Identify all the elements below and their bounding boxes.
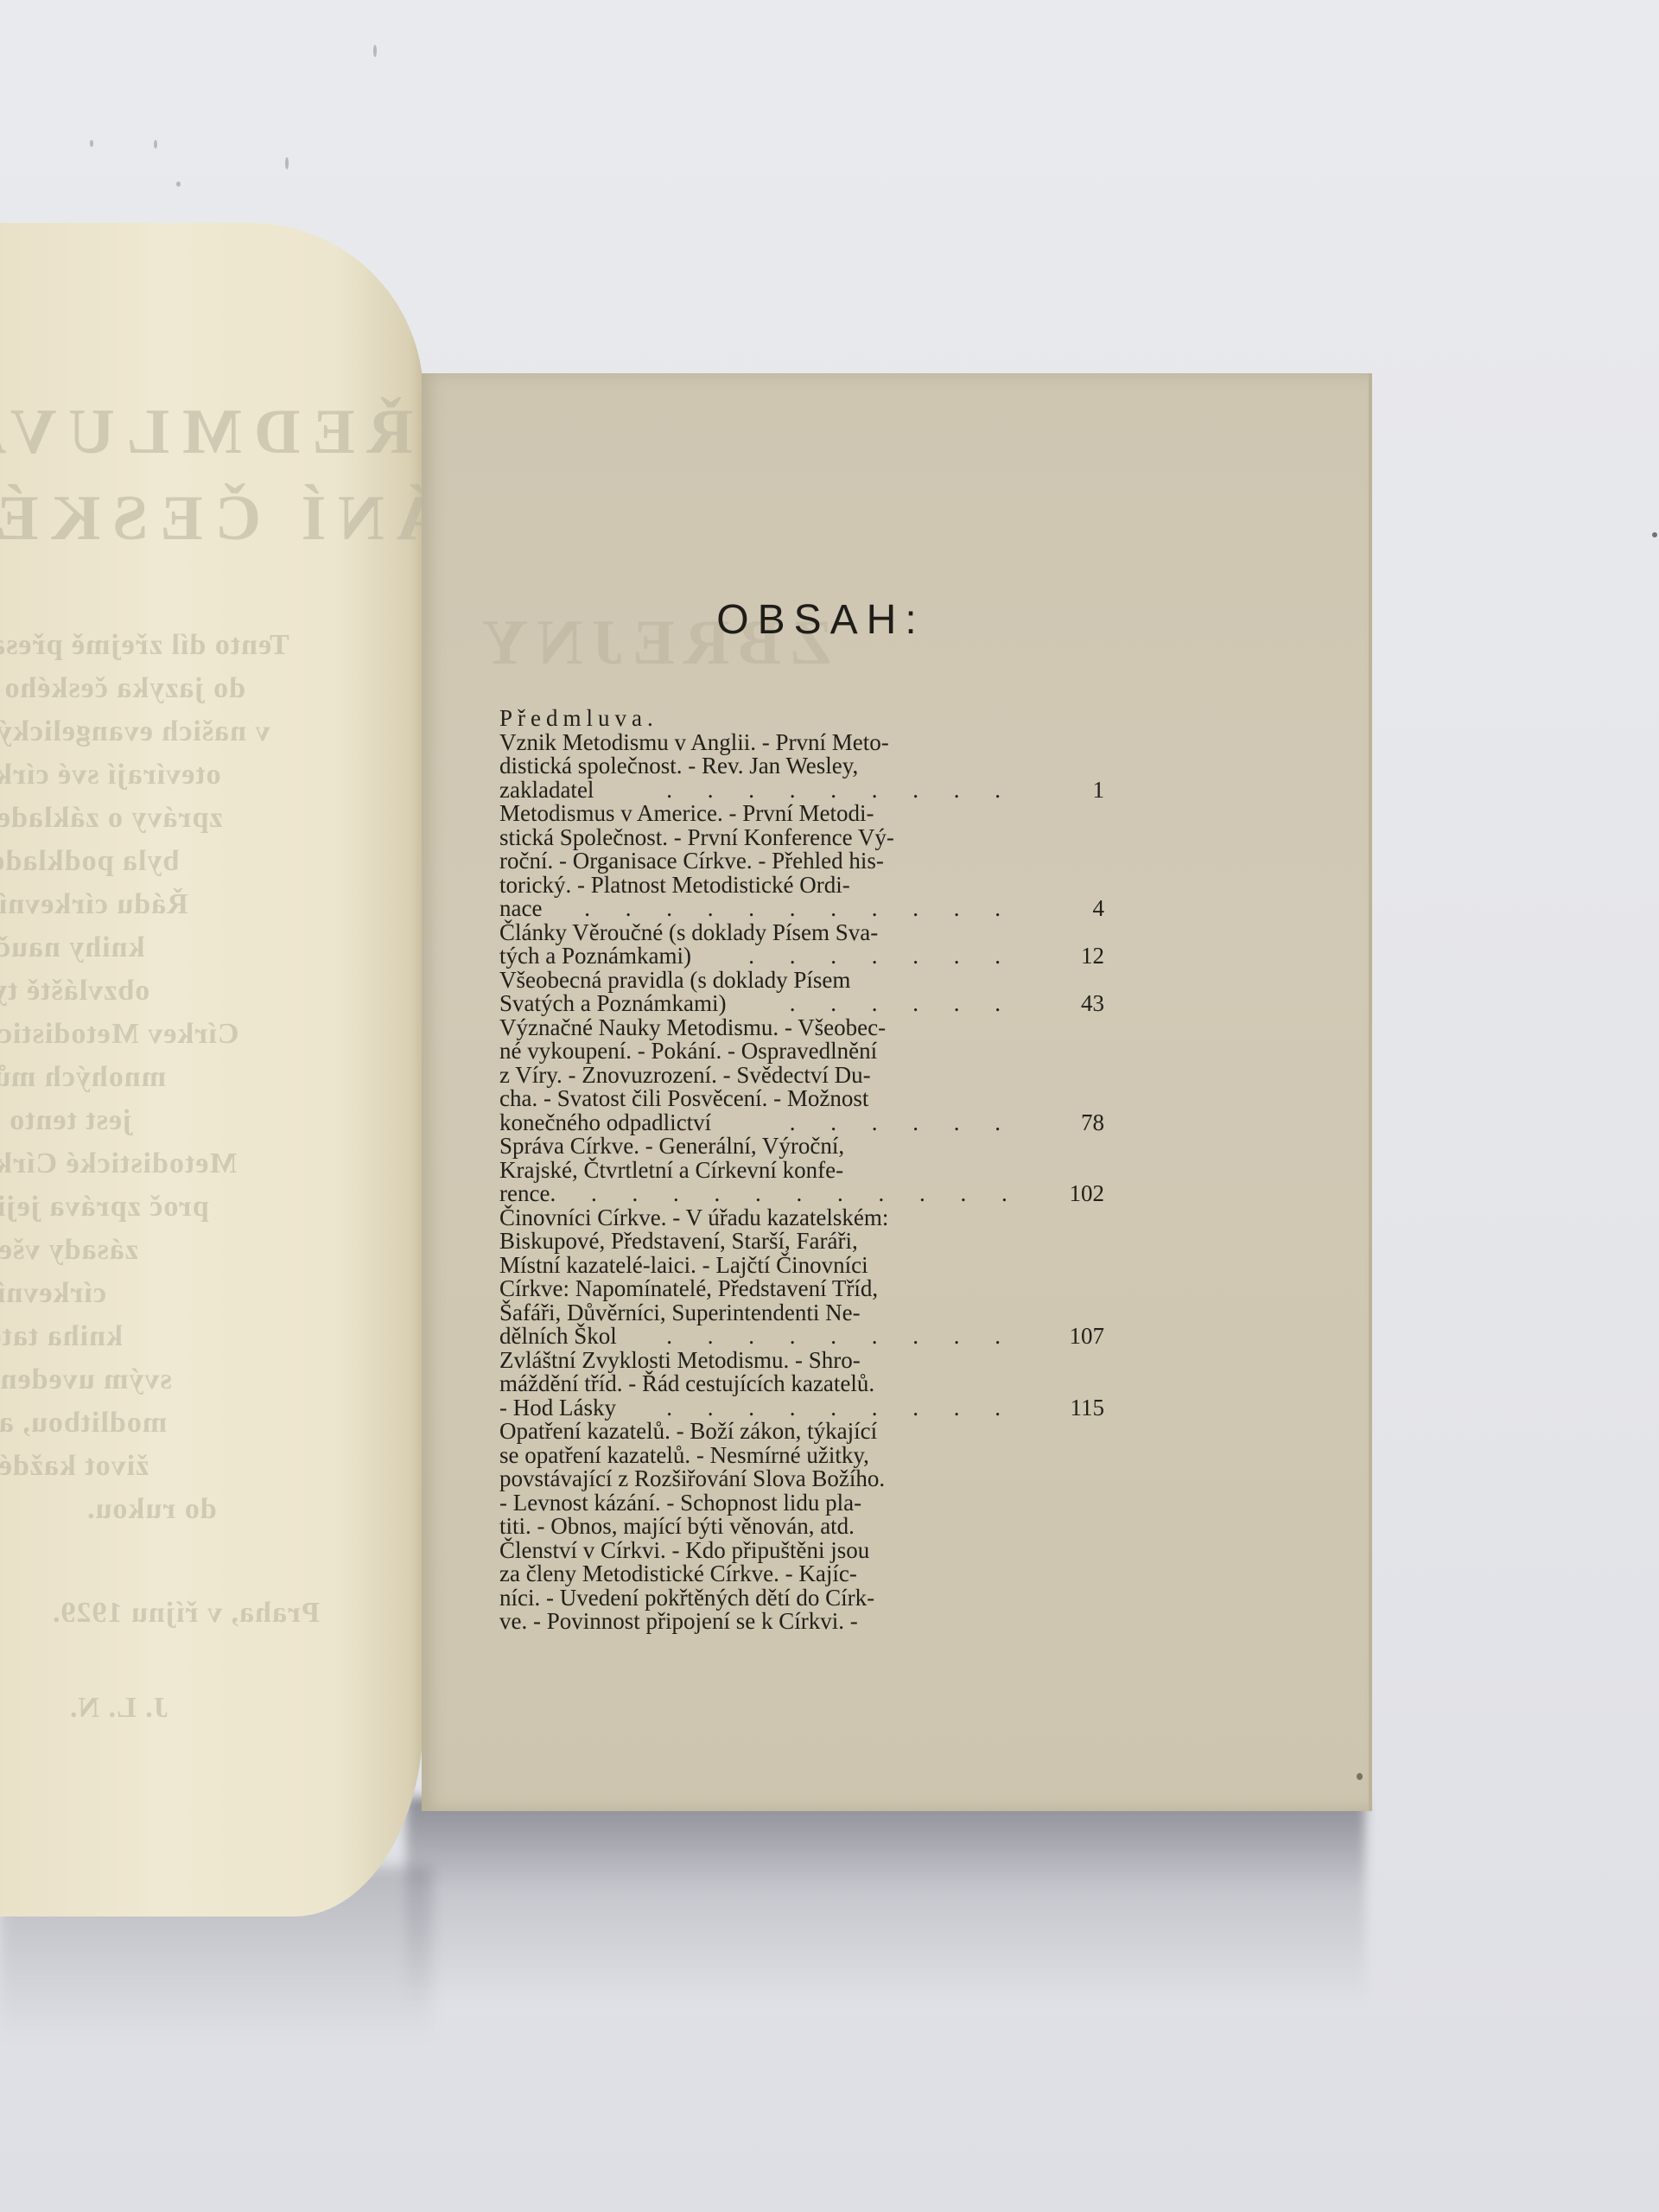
bleed-line: kniha tato s xyxy=(0,1320,123,1353)
bleed-line: svým uvedením xyxy=(0,1363,172,1396)
toc-entry-end: nace. . . . . . . . . . .4 xyxy=(499,897,1001,921)
page-number: 1 xyxy=(1035,779,1104,803)
bleed-line: obzvláště tyto xyxy=(0,975,149,1007)
toc-line: Biskupové, Představení, Starší, Faráři, xyxy=(499,1230,1001,1254)
paper-speck xyxy=(1357,1773,1363,1780)
bleed-line: Metodistické Církve xyxy=(0,1147,238,1180)
bleed-line: zásady všeho xyxy=(0,1234,138,1267)
bleed-date: Praha, v říjnu 1929. xyxy=(52,1597,320,1630)
bleed-line: byla podkladem xyxy=(0,845,179,878)
surface-speck xyxy=(154,140,157,149)
left-page: PŘEDMLUVA K VYDÁNÍ ČESKÉMU Tento díl zře… xyxy=(0,223,423,1916)
toc-entry-end: - Hod Lásky. . . . . . . . .115 xyxy=(499,1396,1001,1421)
surface-speck xyxy=(90,140,93,147)
bleed-line: modlitbou, aby xyxy=(0,1407,167,1440)
toc-line: Zvláštní Zvyklosti Metodismu. - Shro- xyxy=(499,1349,1001,1373)
page-title: OBSAH: xyxy=(346,596,1296,644)
leader-dots: . . . . . . . . . xyxy=(617,1325,1015,1349)
toc-entry-end: tých a Poznámkami). . . . . . .12 xyxy=(499,944,1001,969)
toc-line: níci. - Uvedení pokřtěných dětí do Círk- xyxy=(499,1586,1001,1611)
surface-speck xyxy=(373,45,377,57)
toc-entry-end: Svatých a Poznámkami). . . . . .43 xyxy=(499,992,1001,1016)
toc-line: stická Společnost. - První Konference Vý… xyxy=(499,826,1001,850)
page-number: 78 xyxy=(1035,1111,1104,1135)
bleed-line: knihy naučné xyxy=(0,931,145,964)
leader-dots: . . . . . . xyxy=(711,1111,1015,1135)
toc-line: roční. - Organisace Církve. - Přehled hi… xyxy=(499,849,1001,874)
toc-line: za členy Metodistické Církve. - Kajíc- xyxy=(499,1562,1001,1586)
leader-dots: . . . . . . . . . xyxy=(594,779,1015,803)
right-page: ZBREJNY OBSAH: Předmluva. Vznik Metodism… xyxy=(422,373,1372,1811)
bleed-title-line-1: PŘEDMLUVA xyxy=(0,396,423,469)
page-number: 107 xyxy=(1035,1325,1104,1349)
toc-line: titi. - Obnos, mající býti věnován, atd. xyxy=(499,1515,1001,1539)
bleed-line: do rukou. xyxy=(86,1493,217,1526)
toc-line: Církve: Napomínatelé, Představení Tříd, xyxy=(499,1277,1001,1301)
leader-dots: . . . . . . . . . . . xyxy=(542,897,1015,921)
toc-line: Články Věroučné (s doklady Písem Sva- xyxy=(499,921,1001,945)
bleed-line: Církev Metodistická xyxy=(0,1018,238,1051)
toc-line: Význačné Nauky Metodismu. - Všeobec- xyxy=(499,1016,1001,1040)
bleed-line: Tento díl zřejmě přesahuje xyxy=(0,629,289,662)
leader-dots: . . . . . . xyxy=(726,992,1015,1016)
surface-speck xyxy=(285,157,289,169)
bleed-line: otevírají své církve xyxy=(0,759,221,791)
page-number: 115 xyxy=(1035,1396,1104,1421)
bleed-line: církevních xyxy=(0,1277,106,1310)
leader-dots: . . . . . . . . . xyxy=(616,1396,1015,1421)
right-page-shadow xyxy=(406,1797,1365,2005)
table-of-contents: Předmluva. Vznik Metodismu v Anglii. - P… xyxy=(499,707,1104,1634)
page-number: 102 xyxy=(1035,1182,1104,1206)
surface-speck xyxy=(1652,532,1657,537)
bleed-line: mnohých může xyxy=(0,1061,166,1094)
leader-dots: . . . . . . . xyxy=(691,944,1015,969)
bleed-line: proč zpráva jejich xyxy=(0,1191,209,1224)
bleed-line: jest tento lid xyxy=(0,1104,132,1137)
page-number: 4 xyxy=(1035,897,1104,921)
toc-line: se opatření kazatelů. - Nesmírné užitky, xyxy=(499,1444,1001,1468)
toc-line: Všeobecná pravidla (s doklady Písem xyxy=(499,969,1001,993)
toc-line: - Levnost kázání. - Schopnost lidu pla- xyxy=(499,1491,1001,1516)
toc-line: cha. - Svatost čili Posvěcení. - Možnost xyxy=(499,1087,1001,1111)
bleed-line: do jazyka českého — xyxy=(0,672,245,705)
leader-dots: . . . . . . . . . . . . xyxy=(550,1182,1021,1206)
toc-line: z Víry. - Znovuzrození. - Svědectví Du- xyxy=(499,1064,1001,1088)
bleed-title-line-2: K VYDÁNÍ ČESKÉMU xyxy=(0,482,423,556)
toc-line: Krajské, Čtvrtletní a Církevní konfe- xyxy=(499,1159,1001,1183)
toc-entry-end: rence. . . . . . . . . . . .102 xyxy=(499,1182,1001,1206)
toc-line: povstávající z Rozšiřování Slova Božího. xyxy=(499,1467,1001,1491)
page-number: 43 xyxy=(1035,992,1104,1016)
toc-line: Správa Církve. - Generální, Výroční, xyxy=(499,1135,1001,1159)
toc-line: Činovníci Církve. - V úřadu kazatelském: xyxy=(499,1206,1001,1230)
toc-entry-end: dělních Škol. . . . . . . . .107 xyxy=(499,1325,1001,1349)
toc-line: máždění tříd. - Řád cestujících kazatelů… xyxy=(499,1372,1001,1396)
bleed-line: Řádu církevního xyxy=(0,888,188,921)
surface-speck xyxy=(176,181,181,187)
toc-entry-end: konečného odpadlictví. . . . . .78 xyxy=(499,1111,1001,1135)
toc-line: né vykoupení. - Pokání. - Ospravedlnění xyxy=(499,1039,1001,1064)
toc-line: distická společnost. - Rev. Jan Wesley, xyxy=(499,754,1001,779)
bleed-signature: J. L. N. xyxy=(69,1692,168,1725)
toc-line: Místní kazatelé-laici. - Lajčtí Činovníc… xyxy=(499,1254,1001,1278)
toc-entry-end: zakladatel. . . . . . . . .1 xyxy=(499,779,1001,803)
toc-line: Metodismus v Americe. - První Metodi- xyxy=(499,802,1001,826)
toc-line: torický. - Platnost Metodistické Ordi- xyxy=(499,874,1001,898)
toc-line: Vznik Metodismu v Anglii. - První Meto- xyxy=(499,731,1001,755)
toc-line: Předmluva. xyxy=(499,707,1001,731)
toc-line: Členství v Církvi. - Kdo připuštěni jsou xyxy=(499,1539,1001,1563)
page-number: 12 xyxy=(1035,944,1104,969)
toc-line: Opatření kazatelů. - Boží zákon, týkajíc… xyxy=(499,1420,1001,1444)
bleed-line: v našich evangelických xyxy=(0,715,270,748)
bleed-line: život každého xyxy=(0,1450,149,1483)
bleed-line: zprávy o základech xyxy=(0,802,223,835)
toc-line: ve. - Povinnost připojení se k Církvi. - xyxy=(499,1610,1001,1634)
toc-line: Šafáři, Důvěrníci, Superintendenti Ne- xyxy=(499,1301,1001,1325)
